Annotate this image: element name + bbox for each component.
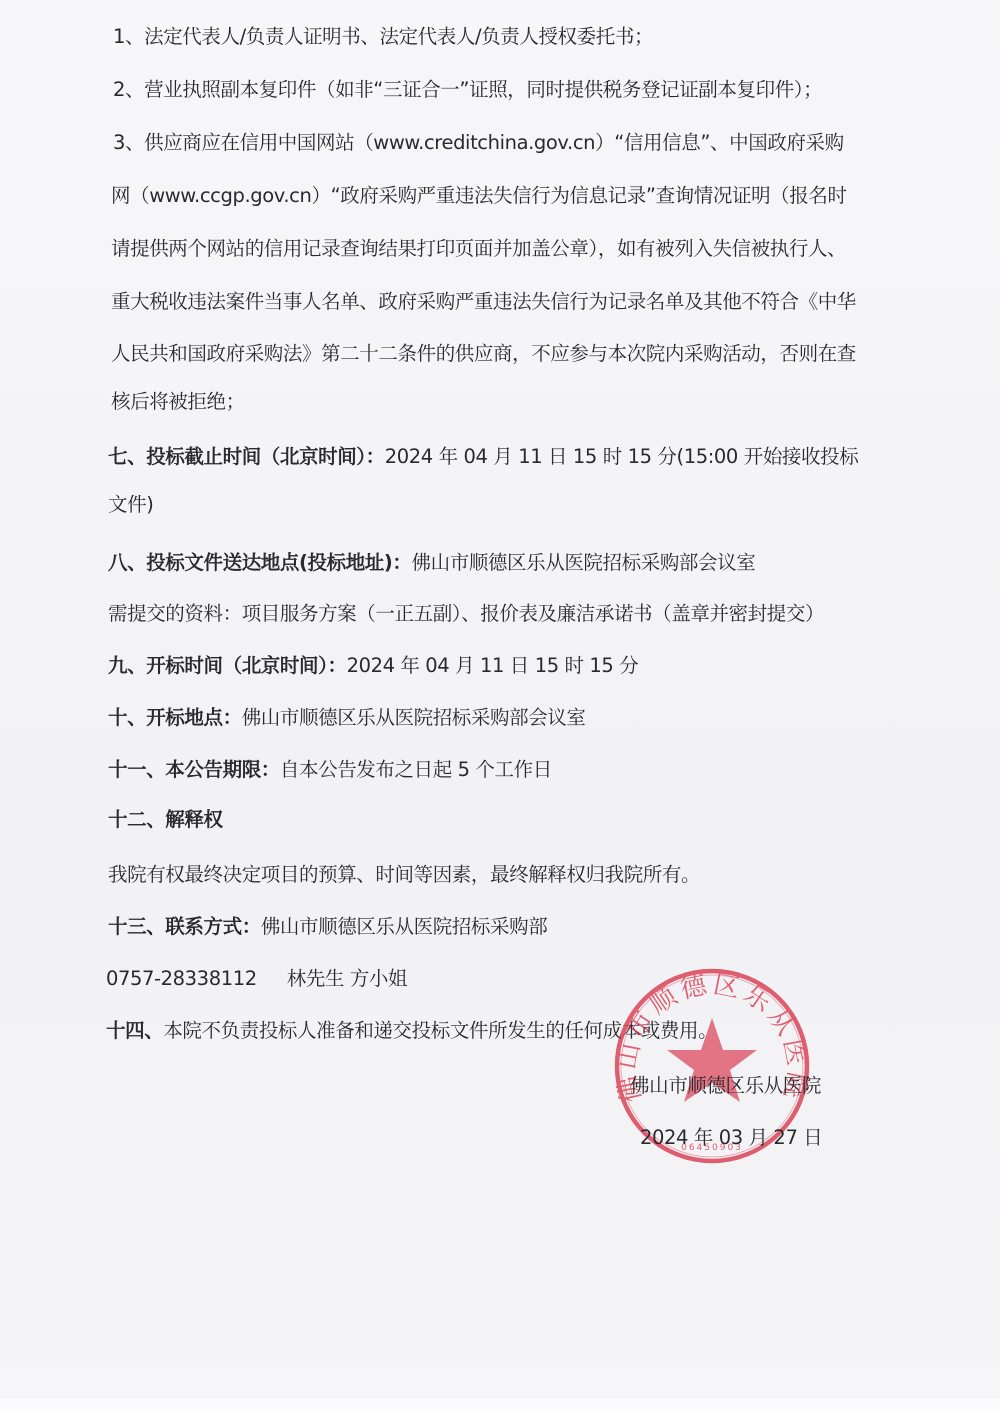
requirement-item-3-line-2: 网（www.ccgp.gov.cn）“政府采购严重违法失信行为信息记录”查询情况… xyxy=(111,183,847,209)
section-14-value: 本院不负责投标人准备和递交投标文件所发生的任何成本或费用。 xyxy=(163,1019,717,1042)
requirement-item-3-line-4: 重大税收违法案件当事人名单、政府采购严重违法失信行为记录名单及其他不符合《中华 xyxy=(111,289,856,315)
section-8-value: 佛山市顺德区乐从医院招标采购部会议室 xyxy=(412,551,756,574)
section-13-contact: 十三、联系方式：佛山市顺德区乐从医院招标采购部 xyxy=(108,914,547,940)
requirement-item-2: 2、营业执照副本复印件（如非“三证合一”证照，同时提供税务登记证副本复印件）； xyxy=(113,77,822,103)
page-edge xyxy=(0,1398,1000,1412)
section-14-heading: 十四、 xyxy=(106,1019,163,1042)
section-7-value-continued: 文件) xyxy=(108,492,153,518)
section-13-phone-contacts: 0757-28338112林先生 方小姐 xyxy=(106,966,407,992)
signature-organization: 佛山市顺德区乐从医院 xyxy=(630,1073,821,1099)
section-9-value: 2024 年 04 月 11 日 15 时 15 分 xyxy=(347,654,639,677)
section-11-value: 自本公告发布之日起 5 个工作日 xyxy=(280,758,552,781)
section-13-value: 佛山市顺德区乐从医院招标采购部 xyxy=(261,915,548,938)
section-8-bid-location: 八、投标文件送达地点(投标地址)：佛山市顺德区乐从医院招标采购部会议室 xyxy=(108,550,755,576)
section-7-value: 2024 年 04 月 11 日 15 时 15 分(15:00 开始接收投标 xyxy=(385,445,859,468)
section-12-body: 我院有权最终决定项目的预算、时间等因素，最终解释权归我院所有。 xyxy=(108,862,700,888)
section-11-notice-period: 十一、本公告期限：自本公告发布之日起 5 个工作日 xyxy=(108,757,552,783)
contact-names: 林先生 方小姐 xyxy=(287,967,407,990)
requirement-item-3-line-3: 请提供两个网站的信用记录查询结果打印页面并加盖公章），如有被列入失信被执行人、 xyxy=(111,236,846,262)
section-12-heading: 十二、解释权 xyxy=(108,807,223,833)
section-8-materials: 需提交的资料：项目服务方案（一正五副）、报价表及廉洁承诺书（盖章并密封提交） xyxy=(108,601,824,627)
section-9-opening-time: 九、开标时间（北京时间）：2024 年 04 月 11 日 15 时 15 分 xyxy=(108,653,638,679)
requirement-item-3-line-6: 核后将被拒绝； xyxy=(111,389,245,415)
section-14-disclaimer: 十四、本院不负责投标人准备和递交投标文件所发生的任何成本或费用。 xyxy=(106,1018,717,1044)
section-10-heading: 十、开标地点： xyxy=(108,706,242,729)
section-7-heading: 七、投标截止时间（北京时间）： xyxy=(108,445,385,468)
contact-phone: 0757-28338112 xyxy=(106,967,257,990)
section-13-heading: 十三、联系方式： xyxy=(108,915,261,938)
requirement-item-1: 1、法定代表人/负责人证明书、法定代表人/负责人授权委托书； xyxy=(113,24,653,50)
section-11-heading: 十一、本公告期限： xyxy=(108,758,280,781)
section-7-bid-deadline: 七、投标截止时间（北京时间）：2024 年 04 月 11 日 15 时 15 … xyxy=(108,444,858,470)
document-page xyxy=(0,0,1000,1398)
page-bottom-band xyxy=(0,1367,1000,1397)
section-10-value: 佛山市顺德区乐从医院招标采购部会议室 xyxy=(242,706,586,729)
requirement-item-3-line-1: 3、供应商应在信用中国网站（www.creditchina.gov.cn）“信用… xyxy=(113,130,844,156)
section-8-heading: 八、投标文件送达地点(投标地址)： xyxy=(108,551,412,574)
signature-date: 2024 年 03 月 27 日 xyxy=(640,1125,822,1151)
section-9-heading: 九、开标时间（北京时间）： xyxy=(108,654,347,677)
requirement-item-3-line-5: 人民共和国政府采购法》第二十二条件的供应商，不应参与本次院内采购活动，否则在查 xyxy=(111,341,856,367)
section-10-opening-location: 十、开标地点：佛山市顺德区乐从医院招标采购部会议室 xyxy=(108,705,586,731)
